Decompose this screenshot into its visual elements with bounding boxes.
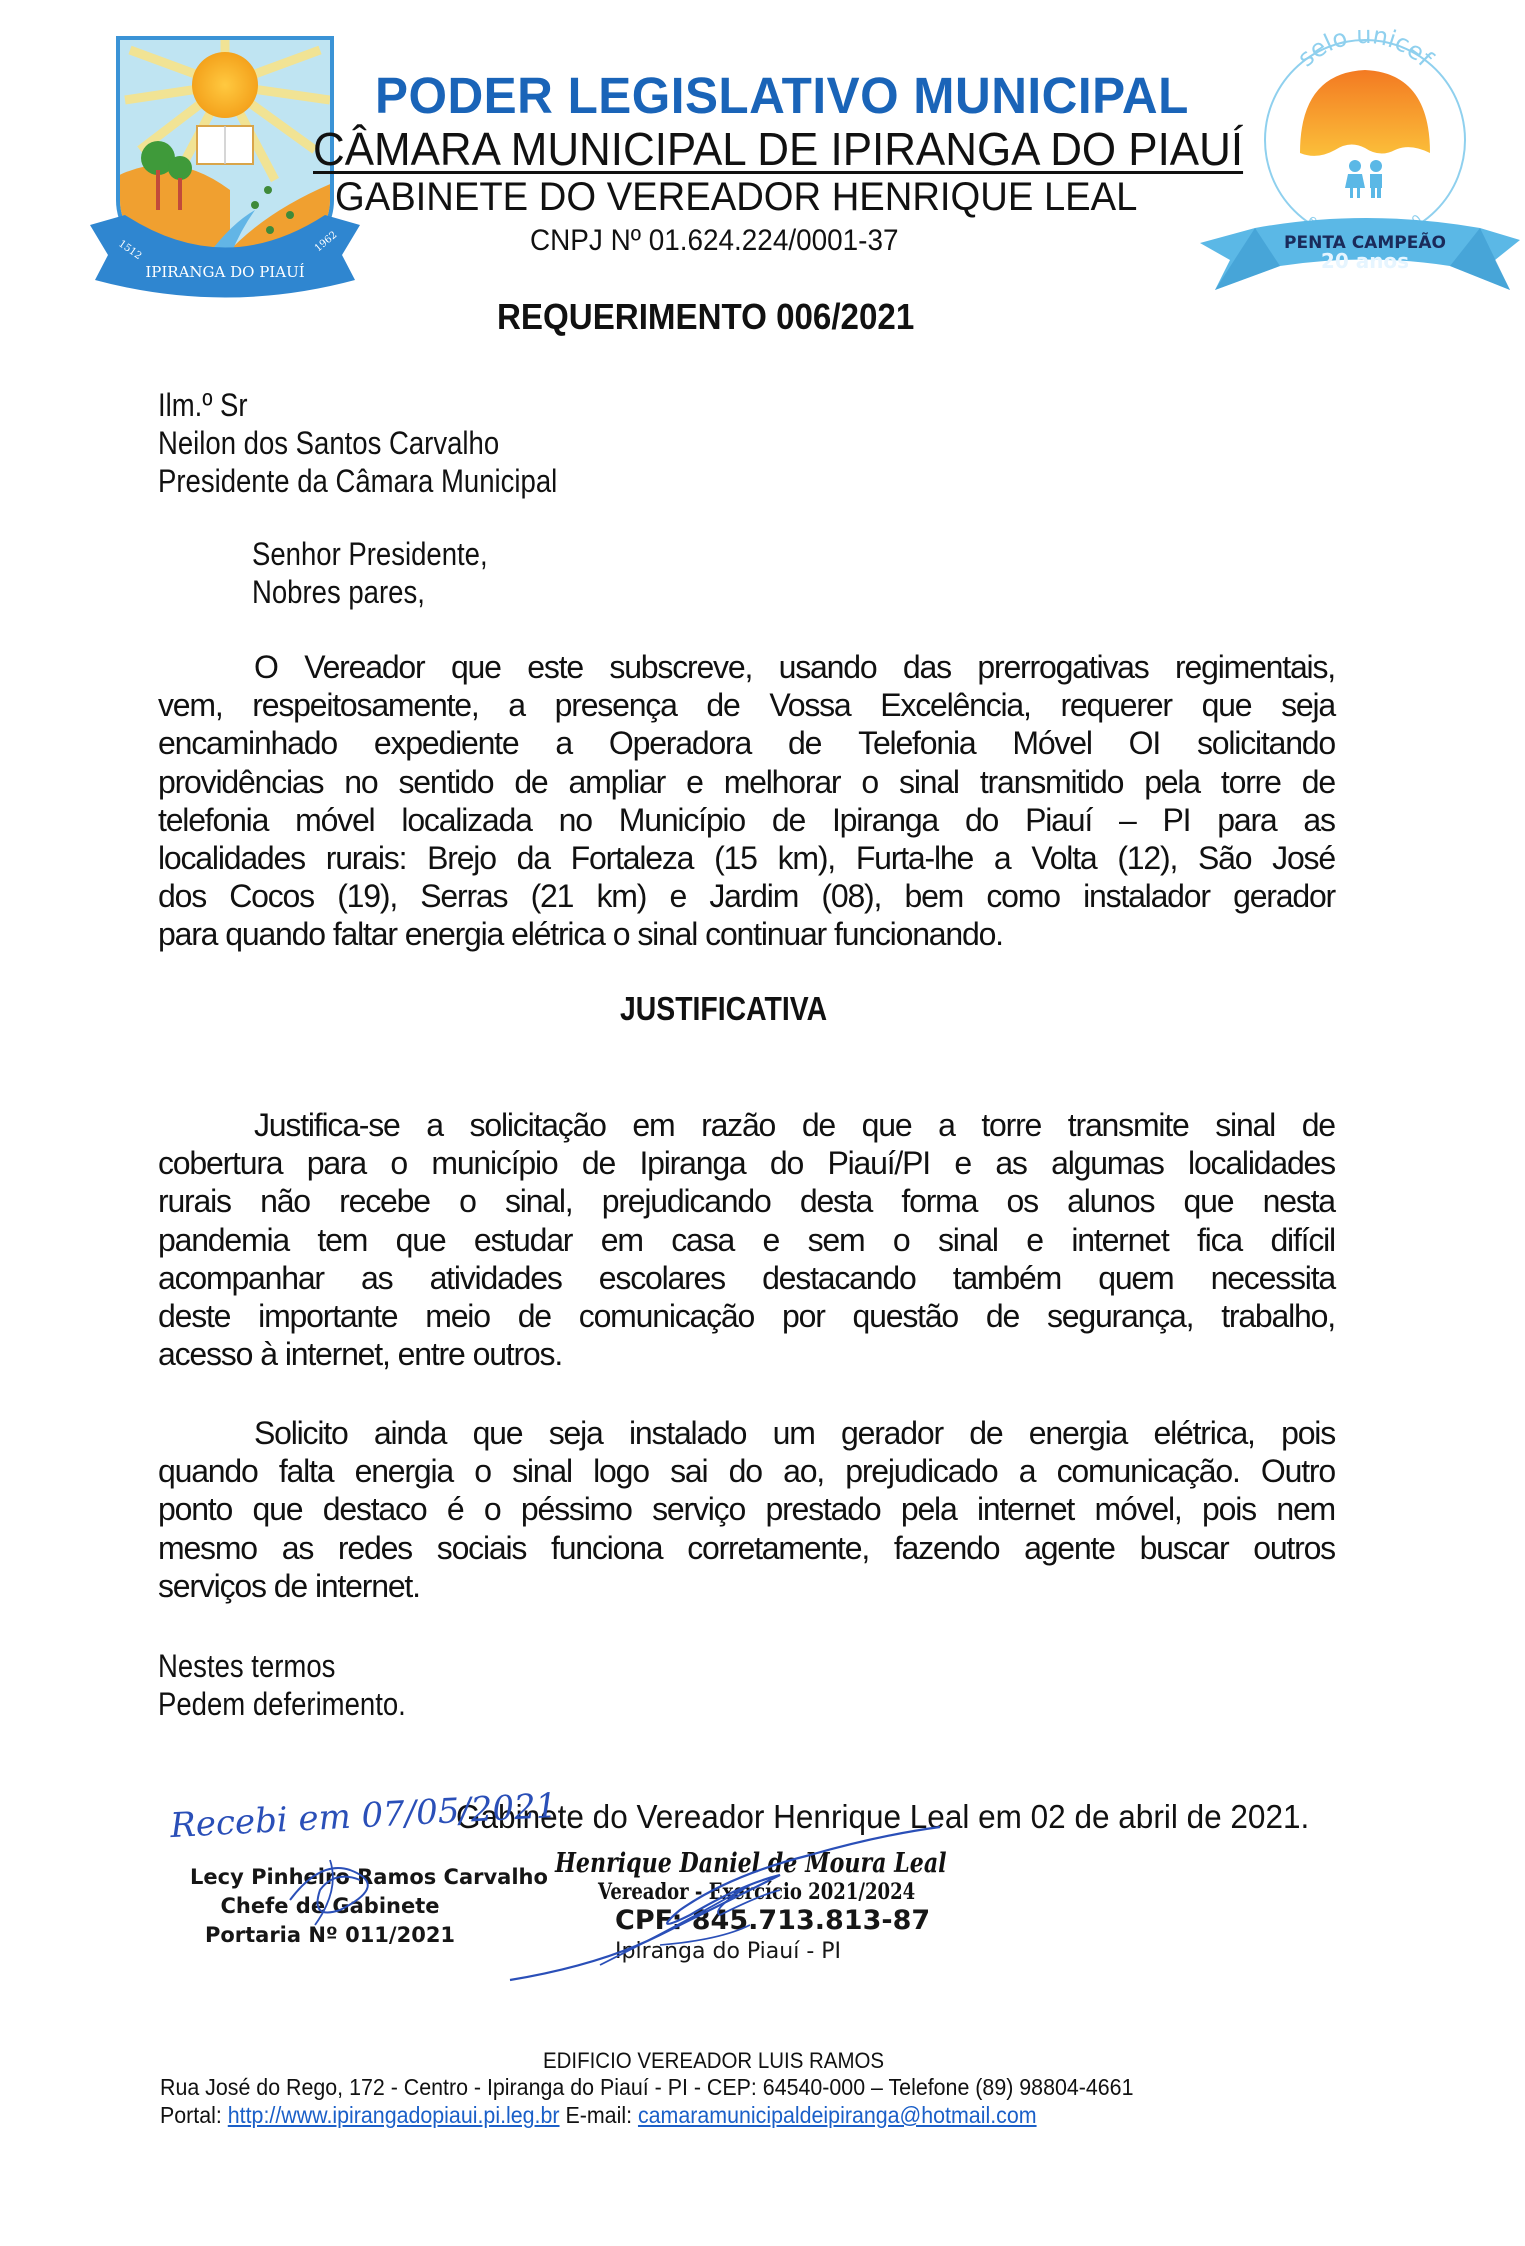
paragraph-line: Justifica-seasolicitaçãoemrazãodequeator… — [158, 1106, 1335, 1144]
paragraph-line: encaminhadoexpedienteaOperadoradeTelefon… — [158, 724, 1335, 762]
chief-signature-scribble — [280, 1850, 400, 1930]
paragraph-line: dosCocos(19),Serras(21km)eJardim(08),bem… — [158, 877, 1335, 915]
paragraph-line: coberturaparaomunicípiodeIpirangadoPiauí… — [158, 1144, 1335, 1182]
unicef-seal: selo unicef edição 2017 - 2020 PENTA CAM… — [1195, 28, 1525, 293]
justification-paragraph: Justifica-seasolicitaçãoemrazãodequeator… — [158, 1106, 1335, 1373]
paragraph-line: pontoquedestacoéopéssimoserviçoprestadop… — [158, 1490, 1335, 1528]
paragraph-line: acompanharasatividadesescolaresdestacand… — [158, 1259, 1335, 1297]
unicef-seal-icon: selo unicef edição 2017 - 2020 PENTA CAM… — [1195, 28, 1525, 293]
paragraph-line: serviçosdeinternet. — [158, 1567, 1335, 1605]
addressee-block: Ilm.º Sr Neilon dos Santos Carvalho Pres… — [158, 386, 622, 500]
closing-line: Pedem deferimento. — [158, 1685, 406, 1723]
salutation-line: Senhor Presidente, — [252, 535, 488, 573]
footer-building: EDIFICIO VEREADOR LUIS RAMOS — [543, 2048, 884, 2074]
addressee-name: Neilon dos Santos Carvalho — [158, 424, 557, 462]
footer-contacts: Portal: http://www.ipirangadopiaui.pi.le… — [160, 2102, 1037, 2129]
request-paragraph: OVereadorqueestesubscreve,usandodasprerr… — [158, 648, 1335, 954]
salutation-line: Nobres pares, — [252, 573, 488, 611]
email-label: E-mail: — [565, 2102, 632, 2128]
paragraph-line: vem,respeitosamente,apresençadeVossaExce… — [158, 686, 1335, 724]
paragraph-line: Solicitoaindaquesejainstaladoumgeradorde… — [158, 1414, 1335, 1452]
closing-block: Nestes termos Pedem deferimento. — [158, 1647, 446, 1723]
header-chamber-name: CÂMARA MUNICIPAL DE IPIRANGA DO PIAUÍ — [313, 122, 1243, 176]
generator-paragraph: Solicitoaindaquesejainstaladoumgeradorde… — [158, 1414, 1335, 1605]
paragraph-line: telefoniamóvellocalizadanoMunicípiodeIpi… — [158, 801, 1335, 839]
email-link[interactable]: camaramunicipaldeipiranga@hotmail.com — [638, 2102, 1037, 2128]
paragraph-line: pandemiatemqueestudaremcasaesemosinalein… — [158, 1221, 1335, 1259]
paragraph-line: quandofaltaenergiaosinallogosaidoao,prej… — [158, 1452, 1335, 1490]
justification-heading: JUSTIFICATIVA — [620, 990, 827, 1028]
header-title: PODER LEGISLATIVO MUNICIPAL — [375, 66, 1189, 125]
addressee-role: Presidente da Câmara Municipal — [158, 462, 557, 500]
header-cnpj: CNPJ Nº 01.624.224/0001-37 — [530, 224, 898, 258]
paragraph-line: desteimportantemeiodecomunicaçãoporquest… — [158, 1297, 1335, 1335]
paragraph-line: OVereadorqueestesubscreve,usandodasprerr… — [158, 648, 1335, 686]
paragraph-line: localidadesrurais:BrejodaFortaleza(15km)… — [158, 839, 1335, 877]
paragraph-line: providênciasnosentidodeampliaremelhoraro… — [158, 763, 1335, 801]
document-title: REQUERIMENTO 006/2021 — [497, 296, 914, 338]
paragraph-line: mesmoasredessociaisfuncionacorretamente,… — [158, 1529, 1335, 1567]
portal-link[interactable]: http://www.ipirangadopiaui.pi.leg.br — [228, 2102, 560, 2128]
footer-address: Rua José do Rego, 172 - Centro - Ipirang… — [160, 2074, 1133, 2101]
portal-label: Portal: — [160, 2102, 222, 2128]
addressee-honorific: Ilm.º Sr — [158, 386, 557, 424]
header-office-name: GABINETE DO VEREADOR HENRIQUE LEAL — [335, 175, 1137, 220]
seal-ribbon-line2: 20 anos — [1321, 249, 1409, 273]
coat-of-arms-ribbon-text: IPIRANGA DO PIAUÍ — [145, 263, 304, 281]
paragraph-line: ruraisnãorecebeosinal,prejudicandodestaf… — [158, 1182, 1335, 1220]
salutation-block: Senhor Presidente, Nobres pares, — [252, 535, 526, 611]
councilor-signature-scribble — [480, 1815, 1000, 1995]
paragraph-line: acessoàinternet,entreoutros. — [158, 1335, 1335, 1373]
closing-line: Nestes termos — [158, 1647, 406, 1685]
paragraph-line: paraquandofaltarenergiaelétricaosinalcon… — [158, 915, 1335, 953]
